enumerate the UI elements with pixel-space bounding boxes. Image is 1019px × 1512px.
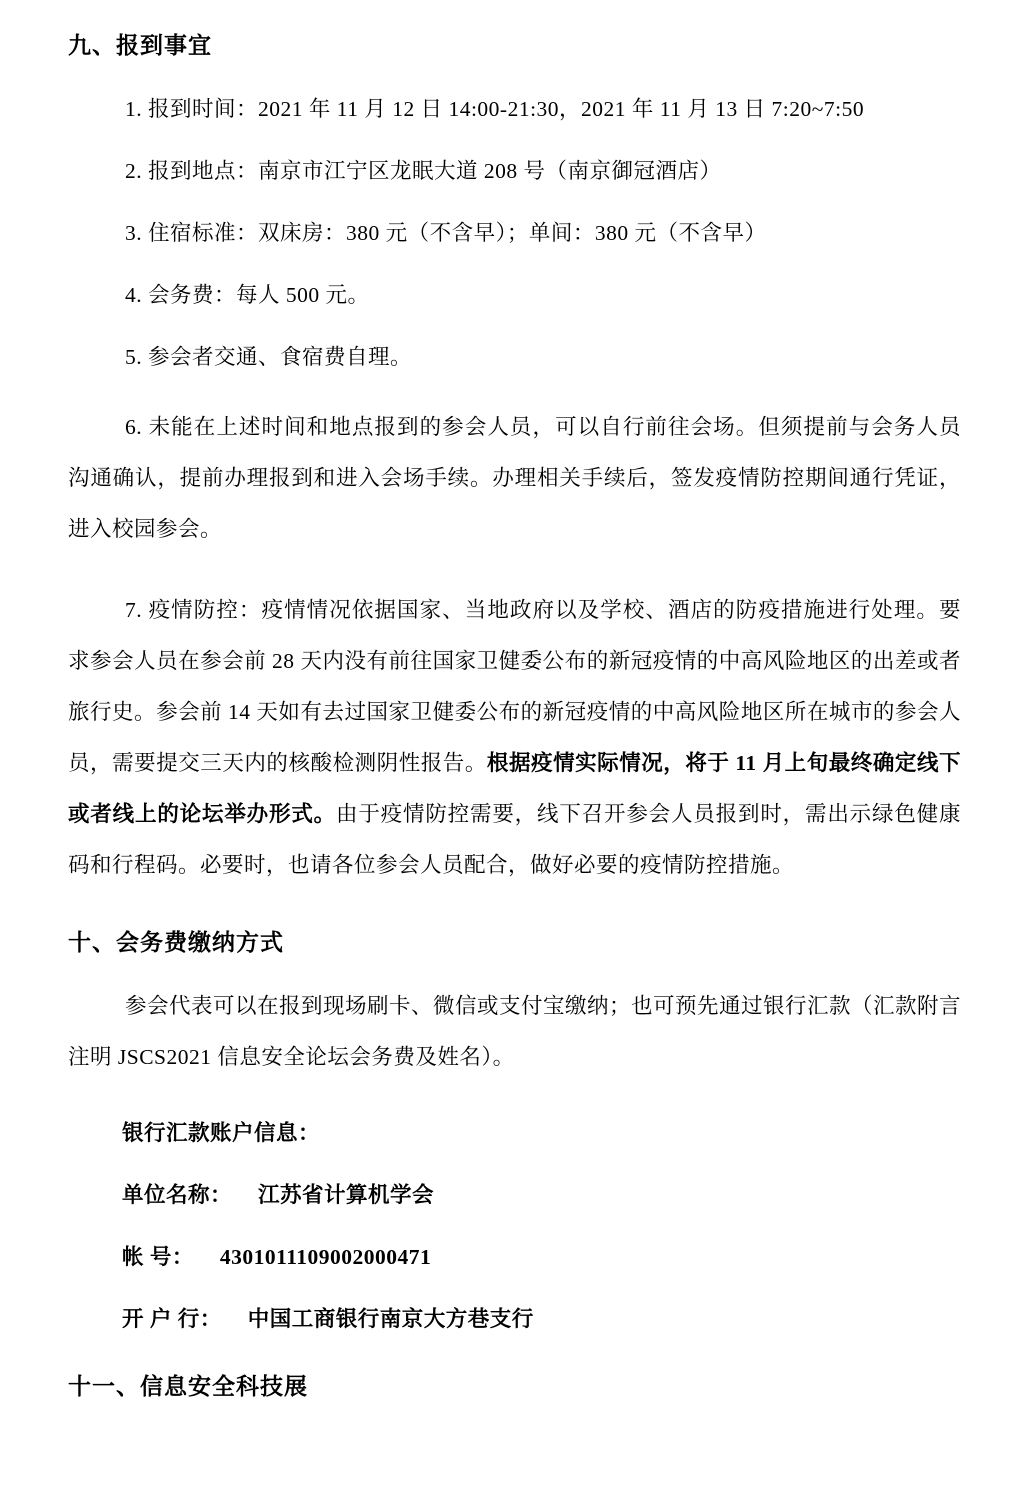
section-10-heading: 十、会务费缴纳方式	[68, 927, 961, 959]
bank-branch-label: 开 户 行：	[122, 1307, 222, 1331]
registration-item-3: 3. 住宿标准：双床房：380 元（不含早）；单间：380 元（不含早）	[68, 218, 961, 248]
registration-item-6-paragraph: 6. 未能在上述时间和地点报到的参会人员，可以自行前往会场。但须提前与会务人员沟…	[68, 402, 961, 555]
bank-info-block: 银行汇款账户信息： 单位名称：江苏省计算机学会 帐 号：430101110900…	[122, 1117, 961, 1335]
bank-info-title: 银行汇款账户信息：	[122, 1117, 961, 1149]
payment-paragraph: 参会代表可以在报到现场刷卡、微信或支付宝缴纳；也可预先通过银行汇款（汇款附言注明…	[68, 981, 961, 1083]
account-number-value: 4301011109002000471	[220, 1245, 431, 1269]
item-7-text-before-notice: 7. 疫情防控：疫情情况依据国家、当地政府以及学校、酒店的防疫措施进行处理。要求…	[68, 598, 961, 775]
registration-item-1: 1. 报到时间：2021 年 11 月 12 日 14:00-21:30，202…	[68, 94, 961, 124]
registration-item-4: 4. 会务费：每人 500 元。	[68, 280, 961, 310]
account-name-value: 江苏省计算机学会	[258, 1183, 434, 1207]
registration-item-5: 5. 参会者交通、食宿费自理。	[68, 342, 961, 372]
registration-item-2: 2. 报到地点：南京市江宁区龙眠大道 208 号（南京御冠酒店）	[68, 156, 961, 186]
section-11-heading: 十一、信息安全科技展	[68, 1371, 961, 1403]
document-page: 九、报到事宜 1. 报到时间：2021 年 11 月 12 日 14:00-21…	[0, 0, 1019, 1512]
registration-item-7-paragraph: 7. 疫情防控：疫情情况依据国家、当地政府以及学校、酒店的防疫措施进行处理。要求…	[68, 585, 961, 891]
account-name-label: 单位名称：	[122, 1183, 232, 1207]
bank-account-number-row: 帐 号：4301011109002000471	[122, 1241, 961, 1273]
bank-branch-row: 开 户 行：中国工商银行南京大方巷支行	[122, 1303, 961, 1335]
bank-account-name-row: 单位名称：江苏省计算机学会	[122, 1179, 961, 1211]
section-9-heading: 九、报到事宜	[68, 30, 961, 62]
bank-branch-value: 中国工商银行南京大方巷支行	[248, 1307, 534, 1331]
account-number-label: 帐 号：	[122, 1245, 194, 1269]
